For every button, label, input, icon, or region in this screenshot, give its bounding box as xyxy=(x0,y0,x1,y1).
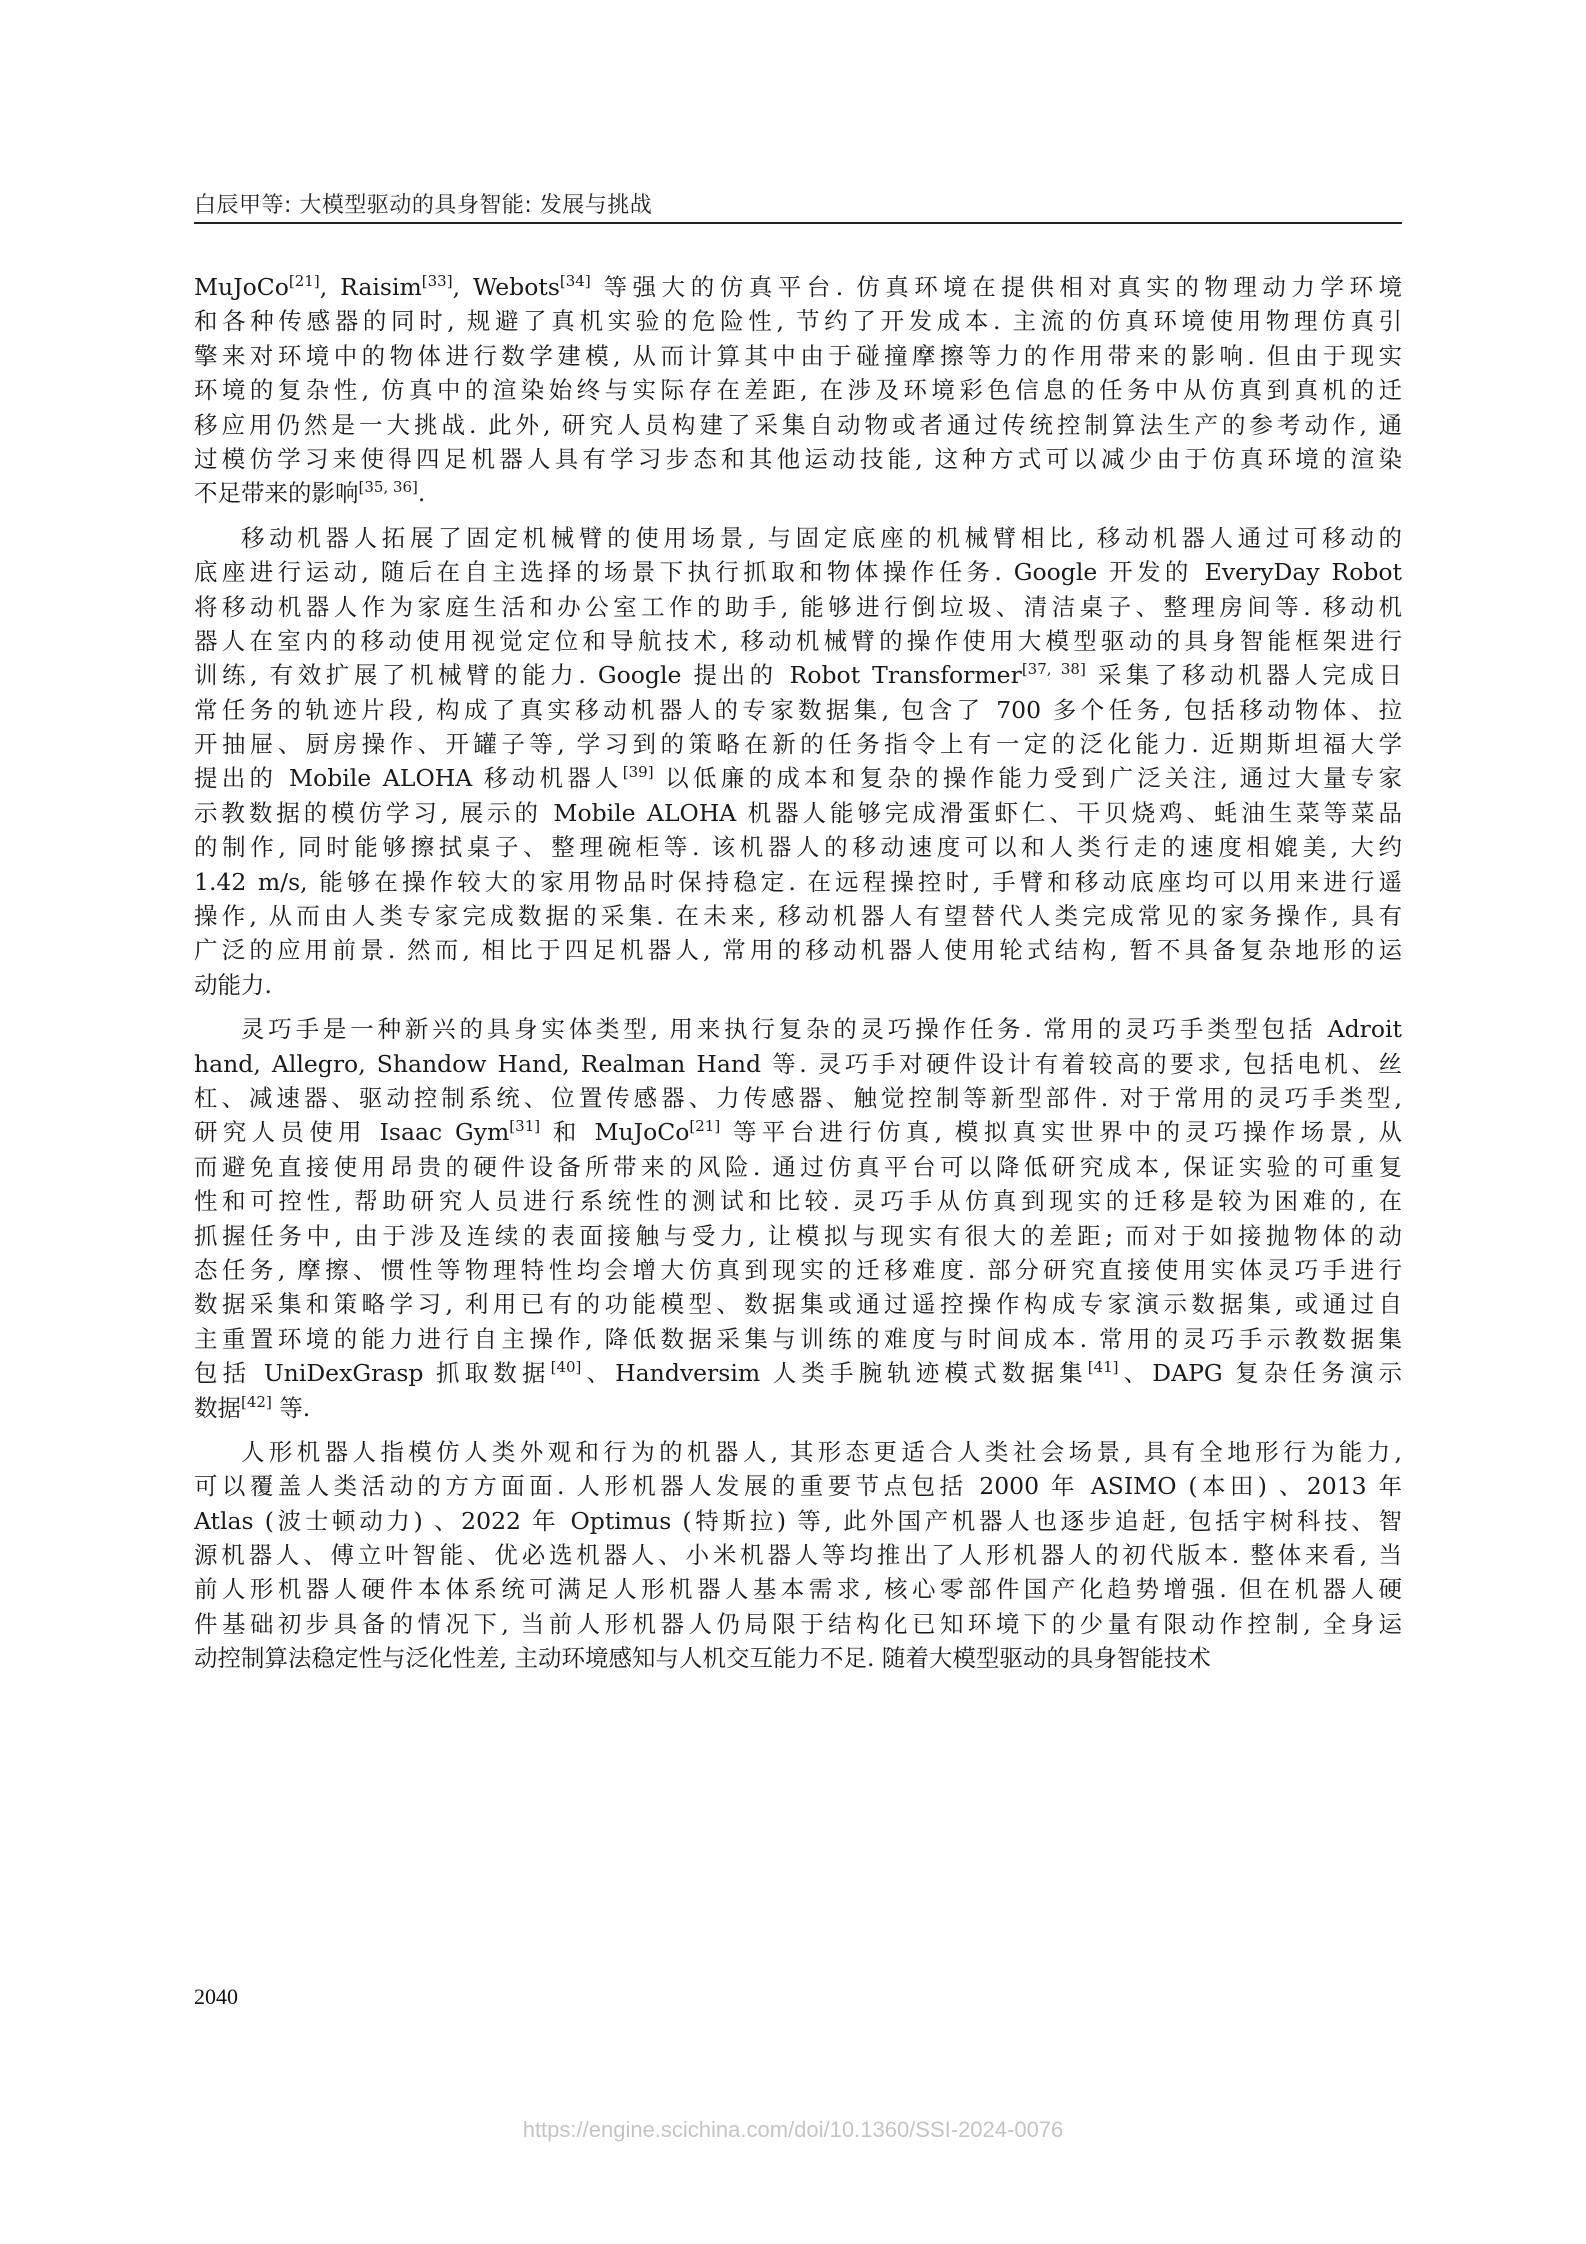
text-run: hand, Allegro, Shandow Hand, Realman Han… xyxy=(194,1050,1402,1078)
text-line: hand, Allegro, Shandow Hand, Realman Han… xyxy=(194,1047,1402,1081)
text-run: 态任务, 摩擦、惯性等物理特性均会增大仿真到现实的迁移难度. 部分研究直接使用实… xyxy=(194,1256,1402,1284)
article-body: MuJoCo[21], Raisim[33], Webots[34] 等强大的仿… xyxy=(194,270,1402,1676)
text-line: 擎来对环境中的物体进行数学建模, 从而计算其中由于碰撞摩擦等力的作用带来的影响.… xyxy=(194,339,1402,373)
text-line: 主重置环境的能力进行自主操作, 降低数据采集与训练的难度与时间成本. 常用的灵巧… xyxy=(194,1322,1402,1356)
citation-ref[interactable]: [40] xyxy=(551,1358,582,1376)
text-line: 抓握任务中, 由于涉及连续的表面接触与受力, 让模拟与现实有很大的差距; 而对于… xyxy=(194,1219,1402,1253)
text-line: 包括 UniDexGrasp 抓取数据[40]、Handversim 人类手腕轨… xyxy=(194,1356,1402,1390)
paragraph-gap xyxy=(194,511,1402,521)
text-line: 移动机器人拓展了固定机械臂的使用场景, 与固定底座的机械臂相比, 移动机器人通过… xyxy=(194,521,1402,555)
text-run: 可以覆盖人类活动的方方面面. 人形机器人发展的重要节点包括 2000 年 ASI… xyxy=(194,1472,1402,1500)
paragraph-simulation: MuJoCo[21], Raisim[33], Webots[34] 等强大的仿… xyxy=(194,270,1402,511)
text-run: 数据 xyxy=(194,1394,241,1422)
text-run: , Webots xyxy=(453,273,560,301)
text-run: 等. xyxy=(272,1394,310,1422)
text-line: 环境的复杂性, 仿真中的渲染始终与实际存在差距, 在涉及环境彩色信息的任务中从仿… xyxy=(194,373,1402,407)
text-run: 灵巧手是一种新兴的具身实体类型, 用来执行复杂的灵巧操作任务. 常用的灵巧手类型… xyxy=(241,1015,1402,1043)
text-run: 不足带来的影响 xyxy=(194,479,359,507)
text-run: 、Handversim 人类手腕轨迹模式数据集 xyxy=(581,1359,1087,1387)
text-line: 常任务的轨迹片段, 构成了真实移动机器人的专家数据集, 包含了 700 多个任务… xyxy=(194,693,1402,727)
paragraph-humanoid-robots: 人形机器人指模仿人类外观和行为的机器人, 其形态更适合人类社会场景, 具有全地形… xyxy=(194,1435,1402,1676)
text-line: Atlas (波士顿动力) 、2022 年 Optimus (特斯拉) 等, 此… xyxy=(194,1504,1402,1538)
text-run: 移动机器人拓展了固定机械臂的使用场景, 与固定底座的机械臂相比, 移动机器人通过… xyxy=(241,524,1402,552)
text-line: 移应用仍然是一大挑战. 此外, 研究人员构建了采集自动物或者通过传统控制算法生产… xyxy=(194,408,1402,442)
header-rule xyxy=(194,222,1402,224)
text-run: 杠、减速器、驱动控制系统、位置传感器、力传感器、触觉控制等新型部件. 对于常用的… xyxy=(194,1084,1402,1112)
text-line: 示教数据的模仿学习, 展示的 Mobile ALOHA 机器人能够完成滑蛋虾仁、… xyxy=(194,796,1402,830)
text-line: 杠、减速器、驱动控制系统、位置传感器、力传感器、触觉控制等新型部件. 对于常用的… xyxy=(194,1081,1402,1115)
text-run: 提出的 Mobile ALOHA 移动机器人 xyxy=(194,764,623,792)
text-run: 底座进行运动, 随后在自主选择的场景下执行抓取和物体操作任务. Google 开… xyxy=(194,558,1402,586)
text-run: Atlas (波士顿动力) 、2022 年 Optimus (特斯拉) 等, 此… xyxy=(194,1507,1402,1535)
text-run: 和各种传感器的同时, 规避了真机实验的危险性, 节约了开发成本. 主流的仿真环境… xyxy=(194,307,1402,335)
citation-ref[interactable]: [33] xyxy=(422,272,453,290)
running-head: 白辰甲等: 大模型驱动的具身智能: 发展与挑战 xyxy=(194,188,652,219)
text-run: 人形机器人指模仿人类外观和行为的机器人, 其形态更适合人类社会场景, 具有全地形… xyxy=(241,1438,1402,1466)
text-line: 态任务, 摩擦、惯性等物理特性均会增大仿真到现实的迁移难度. 部分研究直接使用实… xyxy=(194,1253,1402,1287)
page-number: 2040 xyxy=(194,1984,238,2010)
text-run: 主重置环境的能力进行自主操作, 降低数据采集与训练的难度与时间成本. 常用的灵巧… xyxy=(194,1325,1402,1353)
paragraph-gap xyxy=(194,1002,1402,1012)
text-line: 数据采集和策略学习, 利用已有的功能模型、数据集或通过遥控操作构成专家演示数据集… xyxy=(194,1287,1402,1321)
text-line: 过模仿学习来使得四足机器人具有学习步态和其他运动技能, 这种方式可以减少由于仿真… xyxy=(194,442,1402,476)
paragraph-mobile-robots: 移动机器人拓展了固定机械臂的使用场景, 与固定底座的机械臂相比, 移动机器人通过… xyxy=(194,521,1402,1002)
text-line: 的制作, 同时能够擦拭桌子、整理碗柜等. 该机器人的移动速度可以和人类行走的速度… xyxy=(194,830,1402,864)
text-line: 性和可控性, 帮助研究人员进行系统性的测试和比较. 灵巧手从仿真到现实的迁移是较… xyxy=(194,1184,1402,1218)
text-run: 常任务的轨迹片段, 构成了真实移动机器人的专家数据集, 包含了 700 多个任务… xyxy=(194,696,1402,724)
text-run: 环境的复杂性, 仿真中的渲染始终与实际存在差距, 在涉及环境彩色信息的任务中从仿… xyxy=(194,376,1402,404)
text-line: 动控制算法稳定性与泛化性差, 主动环境感知与人机交互能力不足. 随着大模型驱动的… xyxy=(194,1641,1402,1675)
text-run: 的制作, 同时能够擦拭桌子、整理碗柜等. 该机器人的移动速度可以和人类行走的速度… xyxy=(194,833,1402,861)
text-run: 动控制算法稳定性与泛化性差, 主动环境感知与人机交互能力不足. 随着大模型驱动的… xyxy=(194,1644,1211,1672)
text-line: 数据[42] 等. xyxy=(194,1391,1402,1425)
text-run: 源机器人、傅立叶智能、优必选机器人、小米机器人等均推出了人形机器人的初代版本. … xyxy=(194,1541,1402,1569)
text-run: 1.42 m/s, 能够在操作较大的家用物品时保持稳定. 在远程操控时, 手臂和… xyxy=(194,868,1402,896)
text-line: MuJoCo[21], Raisim[33], Webots[34] 等强大的仿… xyxy=(194,270,1402,304)
text-line: 底座进行运动, 随后在自主选择的场景下执行抓取和物体操作任务. Google 开… xyxy=(194,555,1402,589)
text-run: 将移动机器人作为家庭生活和办公室工作的助手, 能够进行倒垃圾、清洁桌子、整理房间… xyxy=(194,593,1402,621)
citation-ref[interactable]: [41] xyxy=(1088,1358,1119,1376)
text-run: 训练, 有效扩展了机械臂的能力. Google 提出的 Robot Transf… xyxy=(194,661,1022,689)
text-line: 训练, 有效扩展了机械臂的能力. Google 提出的 Robot Transf… xyxy=(194,658,1402,692)
text-run: MuJoCo xyxy=(194,273,289,301)
text-run: 开抽屉、厨房操作、开罐子等, 学习到的策略在新的任务指令上有一定的泛化能力. 近… xyxy=(194,730,1402,758)
text-run: 性和可控性, 帮助研究人员进行系统性的测试和比较. 灵巧手从仿真到现实的迁移是较… xyxy=(194,1187,1402,1215)
text-line: 将移动机器人作为家庭生活和办公室工作的助手, 能够进行倒垃圾、清洁桌子、整理房间… xyxy=(194,590,1402,624)
text-line: 前人形机器人硬件本体系统可满足人形机器人基本需求, 核心零部件国产化趋势增强. … xyxy=(194,1572,1402,1606)
text-run: , Raisim xyxy=(320,273,422,301)
text-line: 可以覆盖人类活动的方方面面. 人形机器人发展的重要节点包括 2000 年 ASI… xyxy=(194,1469,1402,1503)
text-line: 人形机器人指模仿人类外观和行为的机器人, 其形态更适合人类社会场景, 具有全地形… xyxy=(194,1435,1402,1469)
text-run: 包括 UniDexGrasp 抓取数据 xyxy=(194,1359,551,1387)
text-run: . xyxy=(418,479,425,507)
citation-ref[interactable]: [31] xyxy=(509,1117,540,1135)
citation-ref[interactable]: [35, 36] xyxy=(359,478,418,496)
text-run: 研究人员使用 Isaac Gym xyxy=(194,1118,509,1146)
text-run: 采集了移动机器人完成日 xyxy=(1086,661,1402,689)
text-line: 而避免直接使用昂贵的硬件设备所带来的风险. 通过仿真平台可以降低研究成本, 保证… xyxy=(194,1150,1402,1184)
text-line: 开抽屉、厨房操作、开罐子等, 学习到的策略在新的任务指令上有一定的泛化能力. 近… xyxy=(194,727,1402,761)
text-run: 件基础初步具备的情况下, 当前人形机器人仍局限于结构化已知环境下的少量有限动作控… xyxy=(194,1610,1402,1638)
text-line: 广泛的应用前景. 然而, 相比于四足机器人, 常用的移动机器人使用轮式结构, 暂… xyxy=(194,933,1402,967)
paragraph-gap xyxy=(194,1425,1402,1435)
text-line: 不足带来的影响[35, 36]. xyxy=(194,476,1402,510)
text-run: 等平台进行仿真, 模拟真实世界中的灵巧操作场景, 从 xyxy=(720,1118,1402,1146)
citation-ref[interactable]: [42] xyxy=(241,1393,272,1411)
text-run: 以低廉的成本和复杂的操作能力受到广泛关注, 通过大量专家 xyxy=(654,764,1402,792)
citation-ref[interactable]: [37, 38] xyxy=(1022,660,1086,678)
text-line: 提出的 Mobile ALOHA 移动机器人[39] 以低廉的成本和复杂的操作能… xyxy=(194,761,1402,795)
text-run: 示教数据的模仿学习, 展示的 Mobile ALOHA 机器人能够完成滑蛋虾仁、… xyxy=(194,799,1402,827)
text-run: 、DAPG 复杂任务演示 xyxy=(1119,1359,1402,1387)
text-line: 1.42 m/s, 能够在操作较大的家用物品时保持稳定. 在远程操控时, 手臂和… xyxy=(194,865,1402,899)
text-line: 源机器人、傅立叶智能、优必选机器人、小米机器人等均推出了人形机器人的初代版本. … xyxy=(194,1538,1402,1572)
doi-link[interactable]: https://engine.scichina.com/doi/10.1360/… xyxy=(0,2117,1586,2143)
text-run: 广泛的应用前景. 然而, 相比于四足机器人, 常用的移动机器人使用轮式结构, 暂… xyxy=(194,936,1402,964)
text-run: 抓握任务中, 由于涉及连续的表面接触与受力, 让模拟与现实有很大的差距; 而对于… xyxy=(194,1222,1402,1250)
citation-ref[interactable]: [39] xyxy=(623,763,654,781)
text-run: 而避免直接使用昂贵的硬件设备所带来的风险. 通过仿真平台可以降低研究成本, 保证… xyxy=(194,1153,1402,1181)
text-run: 擎来对环境中的物体进行数学建模, 从而计算其中由于碰撞摩擦等力的作用带来的影响.… xyxy=(194,342,1402,370)
text-run: 数据采集和策略学习, 利用已有的功能模型、数据集或通过遥控操作构成专家演示数据集… xyxy=(194,1290,1402,1318)
citation-ref[interactable]: [21] xyxy=(689,1117,720,1135)
citation-ref[interactable]: [34] xyxy=(560,272,591,290)
text-run: 移应用仍然是一大挑战. 此外, 研究人员构建了采集自动物或者通过传统控制算法生产… xyxy=(194,411,1402,439)
text-line: 灵巧手是一种新兴的具身实体类型, 用来执行复杂的灵巧操作任务. 常用的灵巧手类型… xyxy=(194,1012,1402,1046)
text-run: 器人在室内的移动使用视觉定位和导航技术, 移动机械臂的操作使用大模型驱动的具身智… xyxy=(194,627,1402,655)
citation-ref[interactable]: [21] xyxy=(289,272,320,290)
paragraph-dexterous-hands: 灵巧手是一种新兴的具身实体类型, 用来执行复杂的灵巧操作任务. 常用的灵巧手类型… xyxy=(194,1012,1402,1425)
text-line: 动能力. xyxy=(194,968,1402,1002)
text-run: 过模仿学习来使得四足机器人具有学习步态和其他运动技能, 这种方式可以减少由于仿真… xyxy=(194,445,1402,473)
text-line: 件基础初步具备的情况下, 当前人形机器人仍局限于结构化已知环境下的少量有限动作控… xyxy=(194,1607,1402,1641)
text-line: 器人在室内的移动使用视觉定位和导航技术, 移动机械臂的操作使用大模型驱动的具身智… xyxy=(194,624,1402,658)
text-run: 等强大的仿真平台. 仿真环境在提供相对真实的物理动力学环境 xyxy=(591,273,1402,301)
text-line: 和各种传感器的同时, 规避了真机实验的危险性, 节约了开发成本. 主流的仿真环境… xyxy=(194,304,1402,338)
text-run: 和 MuJoCo xyxy=(540,1118,689,1146)
text-run: 动能力. xyxy=(194,971,272,999)
text-run: 前人形机器人硬件本体系统可满足人形机器人基本需求, 核心零部件国产化趋势增强. … xyxy=(194,1575,1402,1603)
text-line: 研究人员使用 Isaac Gym[31] 和 MuJoCo[21] 等平台进行仿… xyxy=(194,1115,1402,1149)
text-run: 操作, 从而由人类专家完成数据的采集. 在未来, 移动机器人有望替代人类完成常见… xyxy=(194,902,1402,930)
text-line: 操作, 从而由人类专家完成数据的采集. 在未来, 移动机器人有望替代人类完成常见… xyxy=(194,899,1402,933)
